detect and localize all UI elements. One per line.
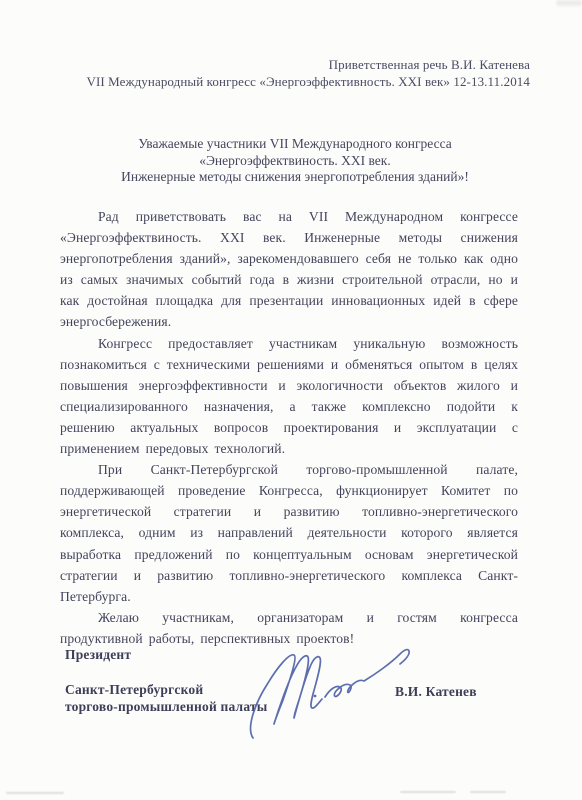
signatory-org-line-2: торгово-промышленной палаты: [65, 698, 268, 715]
scan-artifact-bottom-mid: [400, 791, 456, 793]
signatory-title: Президент: [65, 646, 268, 663]
paragraph-2: Конгресс предоставляет участникам уникал…: [60, 333, 518, 460]
scan-artifact-top-right: [556, 0, 582, 6]
header-speech-title: Приветственная речь В.И. Катенева: [50, 57, 530, 74]
paragraph-1: Рад приветствовать вас на VII Международ…: [60, 206, 518, 333]
salutation-line-3: Инженерные методы снижения энергопотребл…: [56, 169, 534, 186]
scanned-letter-page: Приветственная речь В.И. Катенева VII Ме…: [0, 0, 582, 800]
scan-artifact-bottom-left: [6, 792, 64, 794]
signatory-org-line-1: Санкт-Петербургской: [65, 681, 268, 698]
letter-body: Рад приветствовать вас на VII Международ…: [60, 206, 518, 649]
letter-header: Приветственная речь В.И. Катенева VII Ме…: [50, 57, 530, 90]
scan-artifact-bottom-right: [470, 791, 506, 793]
salutation-line-2: «Энергоэффектвиность. XXI век.: [56, 153, 534, 170]
paragraph-3: При Санкт-Петербургской торгово-промышле…: [60, 459, 518, 607]
header-congress-title: VII Международный конгресс «Энергоэффект…: [50, 74, 530, 91]
salutation: Уважаемые участники VII Международного к…: [56, 136, 534, 186]
signature-block: Президент Санкт-Петербургской торгово-пр…: [65, 646, 268, 715]
salutation-line-1: Уважаемые участники VII Международного к…: [56, 136, 534, 153]
handwritten-signature-icon: [241, 641, 421, 749]
